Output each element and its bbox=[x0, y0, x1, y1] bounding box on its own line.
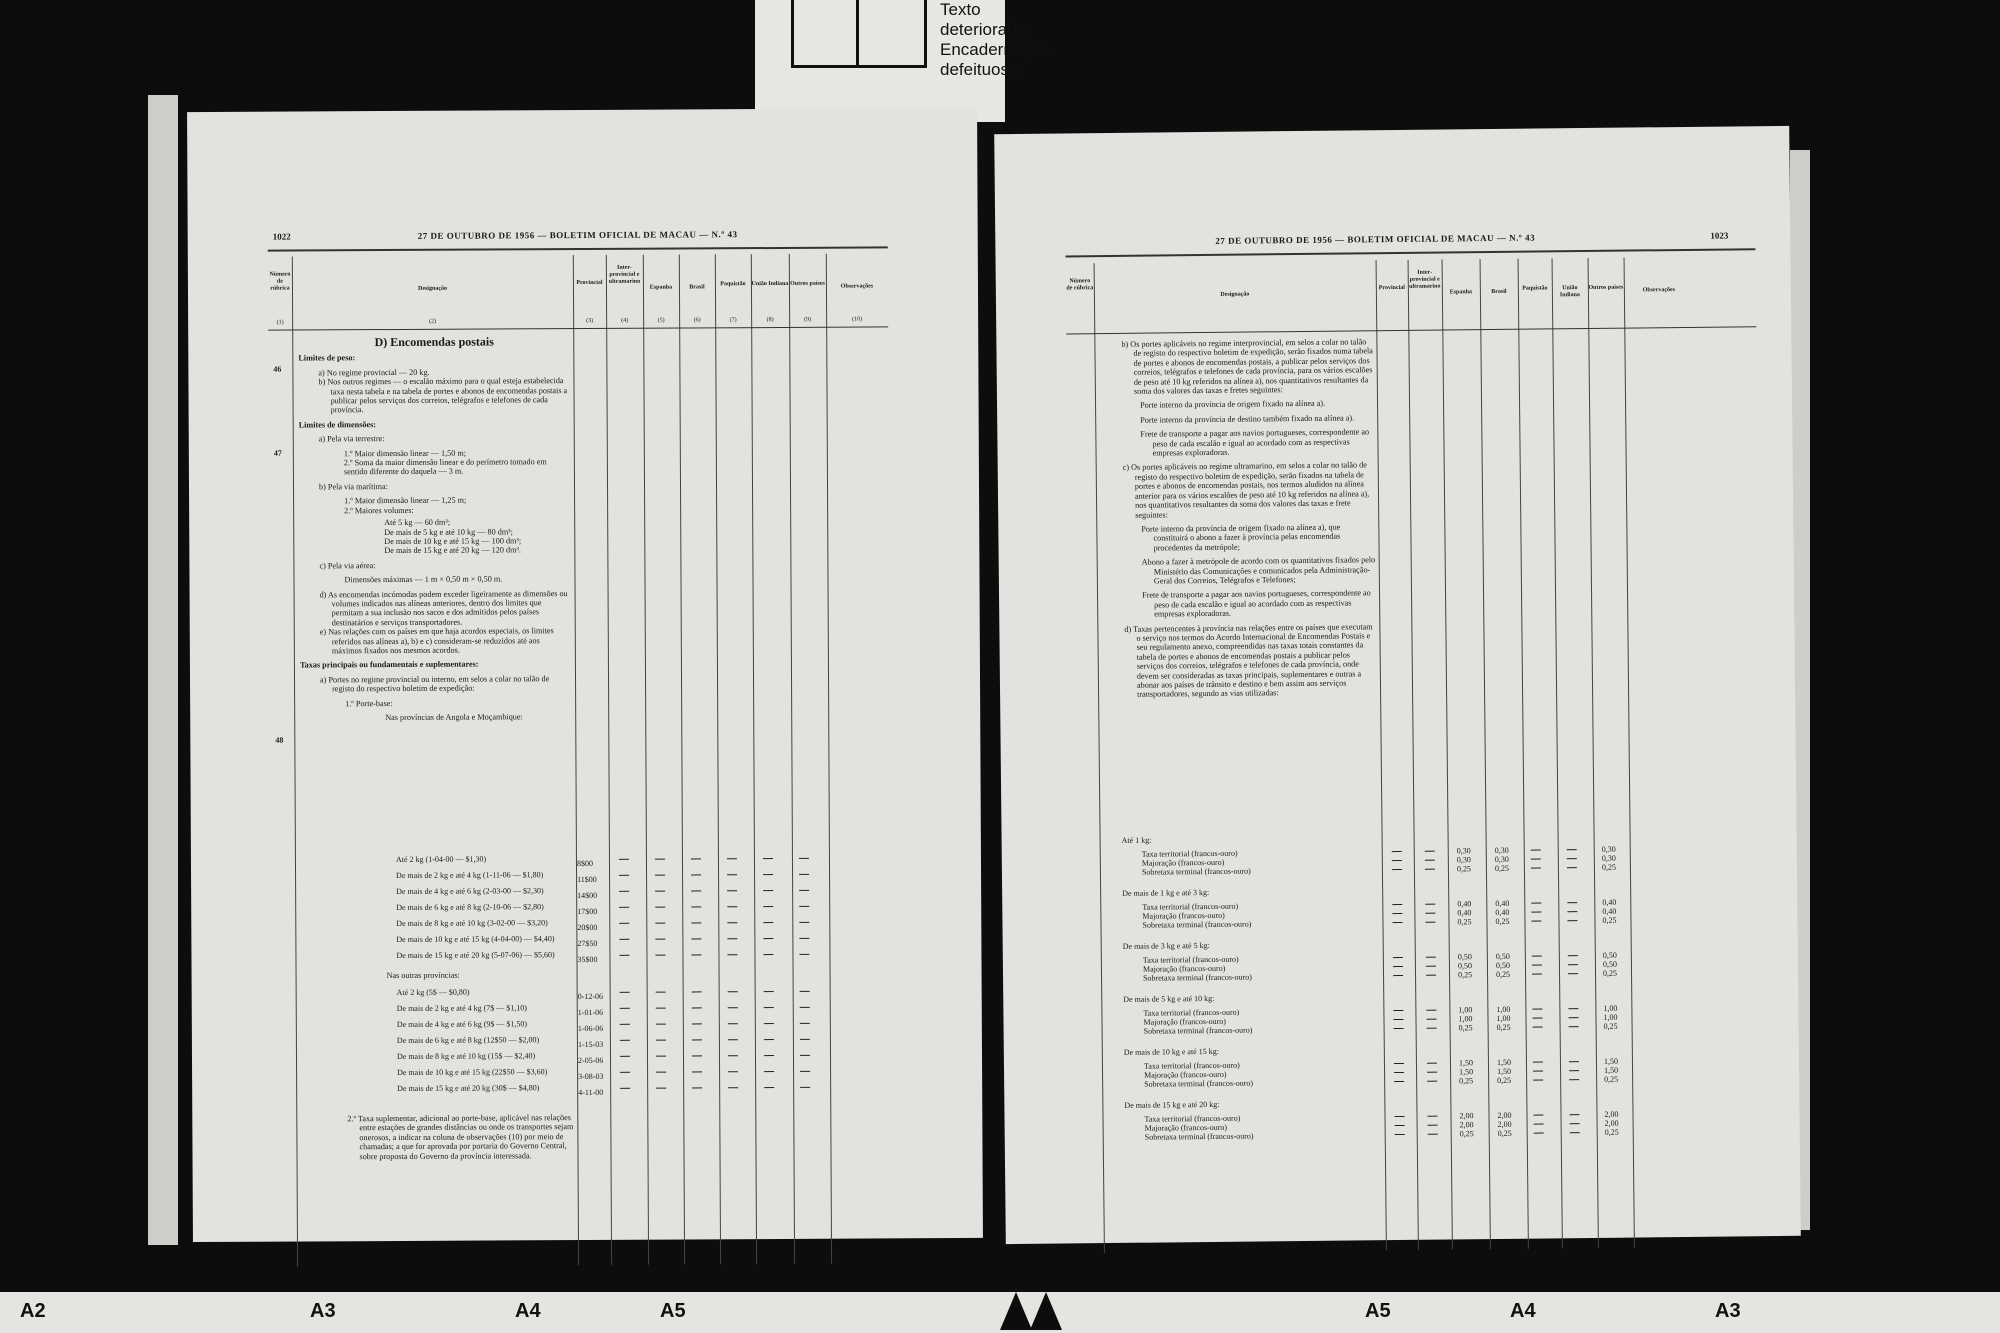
outros-value: 1,00 bbox=[1603, 1004, 1617, 1013]
weight-bracket-title: De mais de 3 kg e até 5 kg: bbox=[1123, 941, 1210, 951]
paragraph: d) Taxas pertencentes à província nas re… bbox=[1104, 622, 1377, 700]
espanha-value: 1,00 bbox=[1458, 1005, 1472, 1014]
outros-value: 1,50 bbox=[1604, 1066, 1618, 1075]
espanha-value: 0,25 bbox=[1457, 864, 1471, 873]
espanha-value: 0,30 bbox=[1457, 855, 1471, 864]
brasil-value: 0,50 bbox=[1496, 961, 1510, 970]
weight-bracket-title: De mais de 15 kg e até 20 kg: bbox=[1124, 1100, 1219, 1110]
designation-text: D) Encomendas postais Limites de peso: a… bbox=[298, 335, 572, 728]
rubric-number: 47 bbox=[274, 449, 282, 458]
film-mark: A5 bbox=[1365, 1300, 1391, 1323]
rate-row: De mais de 15 kg e até 20 kg (5-07-06) —… bbox=[301, 949, 891, 968]
col-num: (5) bbox=[643, 318, 679, 324]
paragraph: a) Pela via terrestre: bbox=[299, 433, 571, 444]
header-rule bbox=[268, 246, 888, 251]
rate-label: De mais de 15 kg e até 20 kg (5-07-06) —… bbox=[396, 951, 571, 960]
espanha-value: 2,00 bbox=[1459, 1111, 1473, 1120]
rate-label: De mais de 6 kg e até 8 kg (2-10-06 — $2… bbox=[396, 903, 571, 912]
brasil-value: 2,00 bbox=[1498, 1120, 1512, 1129]
paragraph: Frete de transporte a pagar aos navios p… bbox=[1102, 427, 1374, 458]
col-header-espanha: Espanha bbox=[643, 285, 679, 292]
col-header-brasil: Brasil bbox=[1480, 289, 1518, 296]
film-mark: A3 bbox=[310, 1300, 336, 1323]
rate-label: De mais de 10 kg e até 15 kg (22$50 — $3… bbox=[397, 1068, 572, 1077]
col-num: (7) bbox=[715, 317, 751, 323]
col-header-uniao-indiana: União Indiana bbox=[751, 281, 789, 288]
left-page: 1022 27 DE OUTUBRO DE 1956 — BOLETIM OFI… bbox=[187, 108, 983, 1242]
outros-value: 2,00 bbox=[1605, 1119, 1619, 1128]
rubric-number: 46 bbox=[273, 365, 281, 374]
brasil-value: 1,00 bbox=[1496, 1005, 1510, 1014]
col-num: (9) bbox=[789, 317, 826, 323]
rate-label: De mais de 10 kg e até 15 kg (4-04-00) —… bbox=[396, 935, 571, 944]
paragraph: 1.º Porte-base: bbox=[300, 698, 572, 709]
brasil-value: 0,40 bbox=[1495, 908, 1509, 917]
weight-bracket-title: De mais de 10 kg e até 15 kg: bbox=[1124, 1047, 1219, 1057]
outros-value: 0,50 bbox=[1603, 960, 1617, 969]
rate-label: Sobretaxa terminal (francos-ouro) bbox=[1144, 1026, 1253, 1036]
outros-value: 1,00 bbox=[1603, 1013, 1617, 1022]
right-page: 27 DE OUTUBRO DE 1956 — BOLETIM OFICIAL … bbox=[994, 126, 1801, 1244]
paragraph: Dimensões máximas — 1 m × 0,50 m × 0,50 … bbox=[299, 574, 571, 585]
paragraph: e) Nas relações com os países em que haj… bbox=[300, 626, 572, 656]
center-marker-right bbox=[1030, 1292, 1062, 1330]
paragraph: d) As encomendas incómodas podem exceder… bbox=[300, 589, 572, 628]
outros-value: 0,25 bbox=[1603, 969, 1617, 978]
paragraph: Frete de transporte a pagar aos navios p… bbox=[1104, 589, 1376, 620]
rate-label: Sobretaxa terminal (francos-ouro) bbox=[1143, 973, 1252, 983]
paragraph: Nas outras províncias: bbox=[302, 970, 574, 981]
weight-bracket-title: De mais de 1 kg e até 3 kg: bbox=[1122, 888, 1209, 898]
rate-label: Sobretaxa terminal (francos-ouro) bbox=[1145, 1132, 1254, 1142]
suplementar-block: 2.º Taxa suplementar, adicional ao porte… bbox=[302, 1113, 574, 1166]
rate-value: 8$00 bbox=[577, 859, 593, 868]
paragraph: 2.º Taxa suplementar, adicional ao porte… bbox=[302, 1113, 574, 1161]
notice-line-1: Texto deteriorado bbox=[940, 0, 1050, 40]
film-mark: A2 bbox=[20, 1300, 46, 1323]
espanha-value: 0,25 bbox=[1459, 1076, 1473, 1085]
col-num: (3) bbox=[573, 318, 606, 324]
rate-value: 11$00 bbox=[577, 875, 597, 884]
rate-value: 1-06-06 bbox=[578, 1024, 603, 1033]
rate-label: Sobretaxa terminal (francos-ouro) bbox=[1144, 1079, 1253, 1089]
outros-value: 0,30 bbox=[1602, 854, 1616, 863]
espanha-value: 0,25 bbox=[1457, 917, 1471, 926]
outros-value: 0,30 bbox=[1602, 845, 1616, 854]
rate-value: 27$50 bbox=[577, 939, 597, 948]
espanha-value: 0,40 bbox=[1457, 908, 1471, 917]
col-header-provincial: Provincial bbox=[1376, 285, 1408, 292]
col-header-outros: Outros países bbox=[1588, 285, 1624, 292]
paragraph: b) Pela via marítima: bbox=[299, 481, 571, 492]
page-header: 27 DE OUTUBRO DE 1956 — BOLETIM OFICIAL … bbox=[418, 229, 738, 241]
rate-value: 17$00 bbox=[577, 907, 597, 916]
rate-value: 20$00 bbox=[577, 923, 597, 932]
weight-bracket-title: Até 1 kg: bbox=[1122, 836, 1152, 845]
brasil-value: 0,40 bbox=[1495, 899, 1509, 908]
paragraph: Abono a fazer à metrópole de acordo com … bbox=[1104, 555, 1376, 586]
outros-value: 0,25 bbox=[1602, 916, 1616, 925]
espanha-value: 0,25 bbox=[1460, 1129, 1474, 1138]
film-mark: A5 bbox=[660, 1300, 686, 1323]
rate-label: Sobretaxa terminal (francos-ouro) bbox=[1142, 867, 1251, 877]
rate-label: De mais de 8 kg e até 10 kg (15$ — $2,40… bbox=[397, 1052, 572, 1061]
col-header-rubric: Número de rúbrica bbox=[268, 272, 292, 293]
col-header-paquistao: Paquistão bbox=[1518, 285, 1552, 292]
rate-row: De mais de 15 kg e até 20 kg (30$ — $4,8… bbox=[302, 1082, 892, 1101]
rate-label: De mais de 6 kg e até 8 kg (12$50 — $2,0… bbox=[397, 1036, 572, 1045]
paragraph: De mais de 15 kg e até 20 kg — 120 dm³. bbox=[299, 545, 571, 556]
paragraph: c) Pela via aérea: bbox=[299, 560, 571, 571]
rate-label: Até 2 kg (5$ — $0,80) bbox=[397, 988, 572, 997]
col-header-uniao-indiana: União Indiana bbox=[1552, 285, 1588, 299]
outros-value: 0,50 bbox=[1603, 951, 1617, 960]
outras-rate-table: Até 2 kg (5$ — $0,80)0-12-06De mais de 2… bbox=[302, 986, 892, 989]
rate-value: 35$00 bbox=[577, 955, 597, 964]
outros-value: 0,40 bbox=[1602, 907, 1616, 916]
rate-label: De mais de 15 kg e até 20 kg (30$ — $4,8… bbox=[397, 1084, 572, 1093]
col-num: (10) bbox=[826, 316, 888, 322]
col-header-rubric: Número de rúbrica bbox=[1066, 278, 1094, 292]
espanha-value: 0,40 bbox=[1457, 899, 1471, 908]
col-num: (8) bbox=[751, 317, 789, 323]
espanha-value: 0,25 bbox=[1458, 970, 1472, 979]
rubric-number: 48 bbox=[275, 736, 283, 745]
paragraph: b) Os portes aplicáveis no regime interp… bbox=[1101, 337, 1374, 396]
col-header-paquistao: Paquistão bbox=[715, 281, 751, 288]
brasil-value: 0,50 bbox=[1496, 952, 1510, 961]
outras-title-block: Nas outras províncias: bbox=[302, 970, 574, 986]
rate-label: De mais de 2 kg e até 4 kg (1-11-06 — $1… bbox=[396, 871, 571, 880]
col-num: (2) bbox=[292, 318, 573, 325]
col-header-provincial: Provincial bbox=[573, 280, 606, 287]
outros-value: 0,25 bbox=[1604, 1022, 1618, 1031]
designation-text: b) Os portes aplicáveis no regime interp… bbox=[1101, 337, 1377, 705]
paragraph: Porte interno da província de origem fix… bbox=[1103, 522, 1375, 553]
paragraph: a) Portes no regime provincial ou intern… bbox=[300, 674, 572, 694]
col-header-interprovincial: Inter-provincial e ultramarino bbox=[606, 265, 643, 286]
paragraph: Porte interno da província de origem fix… bbox=[1102, 399, 1374, 411]
espanha-value: 1,50 bbox=[1459, 1067, 1473, 1076]
rubric-title: Limites de peso: bbox=[298, 352, 570, 363]
brasil-value: 0,30 bbox=[1495, 855, 1509, 864]
brasil-value: 1,50 bbox=[1497, 1067, 1511, 1076]
page-number: 1023 bbox=[1710, 231, 1728, 241]
rate-value: 14$00 bbox=[577, 891, 597, 900]
espanha-value: 0,25 bbox=[1459, 1023, 1473, 1032]
espanha-value: 0,50 bbox=[1458, 952, 1472, 961]
espanha-value: 0,50 bbox=[1458, 961, 1472, 970]
col-header-interprovincial: Inter-provincial e ultramarino bbox=[1408, 270, 1442, 291]
film-mark: A3 bbox=[1715, 1300, 1741, 1323]
col-header-brasil: Brasil bbox=[679, 284, 715, 291]
paragraph: 2.º Maiores volumes: bbox=[299, 505, 571, 516]
outros-value: 0,25 bbox=[1605, 1128, 1619, 1137]
brasil-value: 0,25 bbox=[1497, 1076, 1511, 1085]
angola-rate-table: Até 2 kg (1-04-00 — $1,30)8$00De mais de… bbox=[301, 853, 891, 856]
franc-rate-table: Até 1 kg:Taxa territorial (francos-ouro)… bbox=[1107, 829, 1767, 836]
film-mark: A4 bbox=[1510, 1300, 1536, 1323]
brasil-value: 0,30 bbox=[1495, 846, 1509, 855]
col-header-designation: Designação bbox=[1094, 290, 1376, 300]
outros-value: 2,00 bbox=[1604, 1110, 1618, 1119]
rate-label: De mais de 4 kg e até 6 kg (2-03-00 — $2… bbox=[396, 887, 571, 896]
section-title: D) Encomendas postais bbox=[298, 337, 570, 348]
outros-value: 1,50 bbox=[1604, 1057, 1618, 1066]
page-number: 1022 bbox=[273, 232, 291, 242]
col-num: (6) bbox=[679, 317, 715, 323]
col-num: (1) bbox=[268, 320, 292, 326]
brasil-value: 0,25 bbox=[1495, 864, 1509, 873]
center-marker-left bbox=[1000, 1292, 1032, 1330]
page-stack-left bbox=[148, 95, 178, 1245]
brasil-value: 0,25 bbox=[1495, 917, 1509, 926]
rate-value: 0-12-06 bbox=[578, 992, 603, 1001]
espanha-value: 2,00 bbox=[1460, 1120, 1474, 1129]
rate-label: Até 2 kg (1-04-00 — $1,30) bbox=[396, 855, 571, 864]
weight-bracket-title: De mais de 5 kg e até 10 kg: bbox=[1123, 994, 1214, 1004]
rate-value: 1-01-06 bbox=[578, 1008, 603, 1017]
outros-value: 0,25 bbox=[1604, 1075, 1618, 1084]
rate-value: 4-11-00 bbox=[578, 1088, 603, 1097]
brasil-value: 0,25 bbox=[1496, 970, 1510, 979]
paragraph: b) Nos outros regimes — o escalão máximo… bbox=[298, 376, 570, 415]
col-header-outros: Outros países bbox=[789, 281, 826, 288]
damaged-book-icon bbox=[791, 0, 927, 68]
rate-value: 3-08-03 bbox=[578, 1072, 603, 1081]
rubric-title: Taxas principais ou fundamentais e suple… bbox=[300, 659, 572, 670]
rate-value: 2-05-06 bbox=[578, 1056, 603, 1065]
notice-line-2: Encadernação defeituosa bbox=[940, 40, 1050, 80]
paragraph: 2.º Soma da maior dimensão linear e do p… bbox=[299, 457, 571, 477]
paragraph: c) Os portes aplicáveis no regime ultram… bbox=[1103, 461, 1376, 520]
brasil-value: 1,50 bbox=[1497, 1058, 1511, 1067]
condition-notice: Texto deteriorado Encadernação defeituos… bbox=[755, 0, 1005, 122]
espanha-value: 1,50 bbox=[1459, 1058, 1473, 1067]
outros-value: 0,40 bbox=[1602, 898, 1616, 907]
col-header-observacoes: Observações bbox=[1624, 287, 1694, 295]
espanha-value: 1,00 bbox=[1458, 1014, 1472, 1023]
rate-value: 1-15-03 bbox=[578, 1040, 603, 1049]
rate-label: De mais de 8 kg e até 10 kg (3-02-00 — $… bbox=[396, 919, 571, 928]
page-header: 27 DE OUTUBRO DE 1956 — BOLETIM OFICIAL … bbox=[1215, 233, 1535, 246]
col-num: (4) bbox=[606, 318, 643, 324]
col-header-espanha: Espanha bbox=[1442, 289, 1480, 296]
outros-value: 0,25 bbox=[1602, 863, 1616, 872]
brasil-value: 0,25 bbox=[1498, 1129, 1512, 1138]
rubric-title: Limites de dimensões: bbox=[299, 419, 571, 430]
brasil-value: 2,00 bbox=[1497, 1111, 1511, 1120]
brasil-value: 0,25 bbox=[1497, 1023, 1511, 1032]
paragraph: Nas províncias de Angola e Moçambique: bbox=[300, 712, 572, 723]
espanha-value: 0,30 bbox=[1457, 846, 1471, 855]
paragraph: Porte interno da província de destino ta… bbox=[1102, 413, 1374, 425]
col-header-observacoes: Observações bbox=[826, 283, 888, 290]
brasil-value: 1,00 bbox=[1496, 1014, 1510, 1023]
rate-label: De mais de 2 kg e até 4 kg (7$ — $1,10) bbox=[397, 1004, 572, 1013]
film-mark: A4 bbox=[515, 1300, 541, 1323]
col-header-designation: Designação bbox=[292, 285, 573, 293]
rate-label: Sobretaxa terminal (francos-ouro) bbox=[1142, 920, 1251, 930]
rate-label: De mais de 4 kg e até 6 kg (9$ — $1,50) bbox=[397, 1020, 572, 1029]
